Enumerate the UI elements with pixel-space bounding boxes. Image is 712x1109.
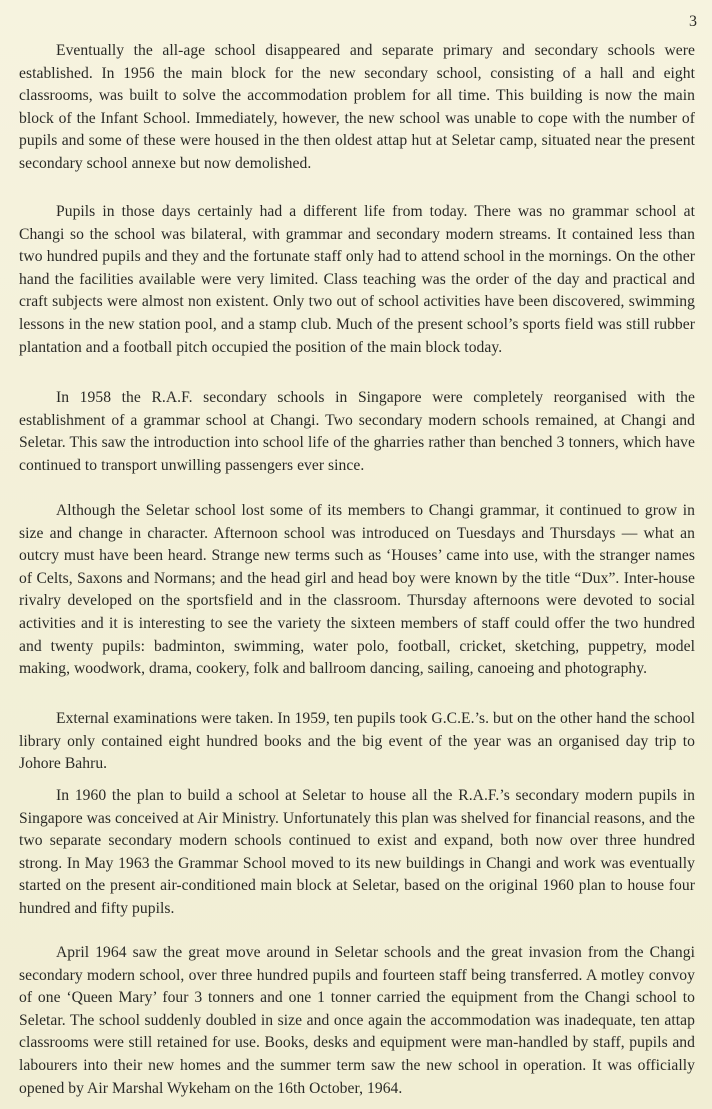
paragraph-pupils-in-those-days: Pupils in those days certainly had a dif… (19, 201, 695, 359)
page-number: 3 (689, 12, 697, 32)
document-page: 3 Eventually the all-age school disappea… (0, 0, 712, 1109)
paragraph-external-examinations: External examinations were taken. In 195… (19, 708, 695, 776)
paragraph-1958-reorganisation: In 1958 the R.A.F. secondary schools in … (19, 387, 695, 477)
paragraph-all-age-school: Eventually the all-age school disappeare… (19, 40, 695, 176)
paragraph-april-1964-move: April 1964 saw the great move around in … (19, 942, 695, 1100)
paragraph-1960-plan: In 1960 the plan to build a school at Se… (19, 785, 695, 921)
paragraph-seletar-growth: Although the Seletar school lost some of… (19, 500, 695, 681)
